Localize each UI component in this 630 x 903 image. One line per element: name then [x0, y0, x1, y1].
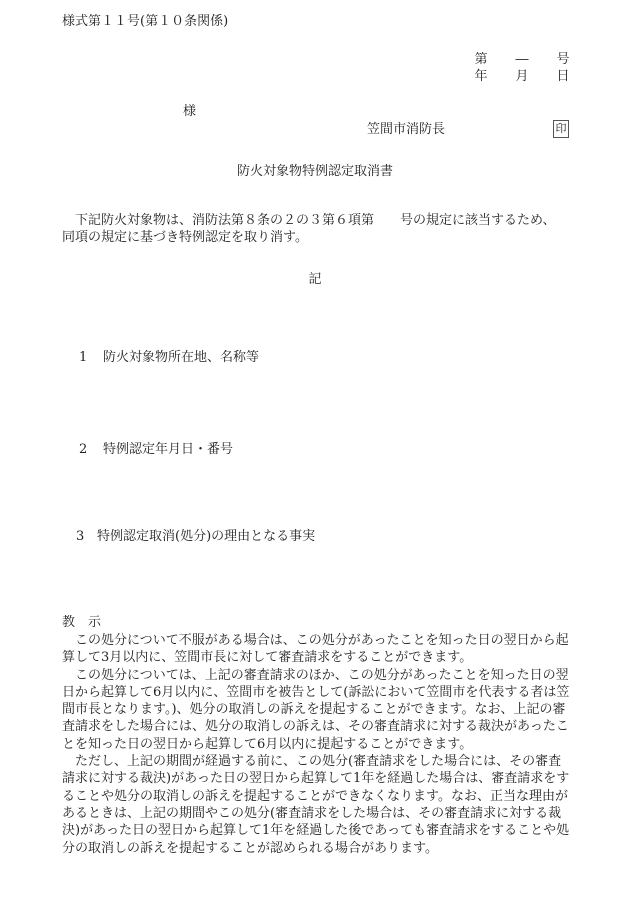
document-title: 防火対象物特例認定取消書: [0, 164, 630, 180]
item-number: 2: [79, 442, 103, 458]
instruction-heading: 教 示: [62, 615, 101, 631]
addressee: 様: [183, 104, 196, 120]
item-2: 2特例認定年月日・番号: [79, 442, 233, 458]
item-label: 防火対象物所在地、名称等: [103, 350, 259, 365]
date-day: 日: [556, 68, 570, 85]
document-number-date: 第 ― 号 年 月 日: [474, 51, 570, 85]
body-line-1: 下記防火対象物は、消防法第８条の２の３第６項第 号の規定に該当するため、: [62, 212, 574, 229]
item-1: 1防火対象物所在地、名称等: [79, 350, 259, 366]
number-separator: ―: [515, 51, 529, 68]
item-number: 1: [79, 350, 103, 366]
instruction-text: この処分について不服がある場合は、この処分があったことを知った日の翌日から起算し…: [62, 632, 574, 857]
instruction-paragraph-3: ただし、上記の期間が経過する前に、この処分(審査請求をした場合には、その審査請求…: [62, 753, 574, 857]
item-3: 3特例認定取消(処分)の理由となる事実: [76, 529, 315, 545]
item-label: 特例認定取消(処分)の理由となる事実: [97, 529, 315, 544]
ki-heading: 記: [0, 272, 630, 288]
body-text: 下記防火対象物は、消防法第８条の２の３第６項第 号の規定に該当するため、 同項の…: [62, 212, 574, 246]
document-number-line: 第 ― 号: [474, 51, 570, 68]
instruction-paragraph-2: この処分については、上記の審査請求のほか、この処分があったことを知った日の翌日か…: [62, 667, 574, 753]
number-suffix: 号: [556, 51, 570, 68]
date-line: 年 月 日: [474, 68, 570, 85]
number-prefix: 第: [474, 51, 488, 68]
form-number: 様式第１１号(第１０条関係): [62, 14, 228, 30]
date-month: 月: [515, 68, 529, 85]
date-year: 年: [474, 68, 488, 85]
issuer: 笠間市消防長: [367, 122, 445, 138]
body-line-2: 同項の規定に基づき特例認定を取り消す。: [62, 229, 574, 246]
instruction-paragraph-1: この処分について不服がある場合は、この処分があったことを知った日の翌日から起算し…: [62, 632, 574, 667]
item-number: 3: [76, 529, 97, 545]
seal-stamp-icon: 印: [553, 120, 569, 138]
item-label: 特例認定年月日・番号: [103, 442, 233, 457]
